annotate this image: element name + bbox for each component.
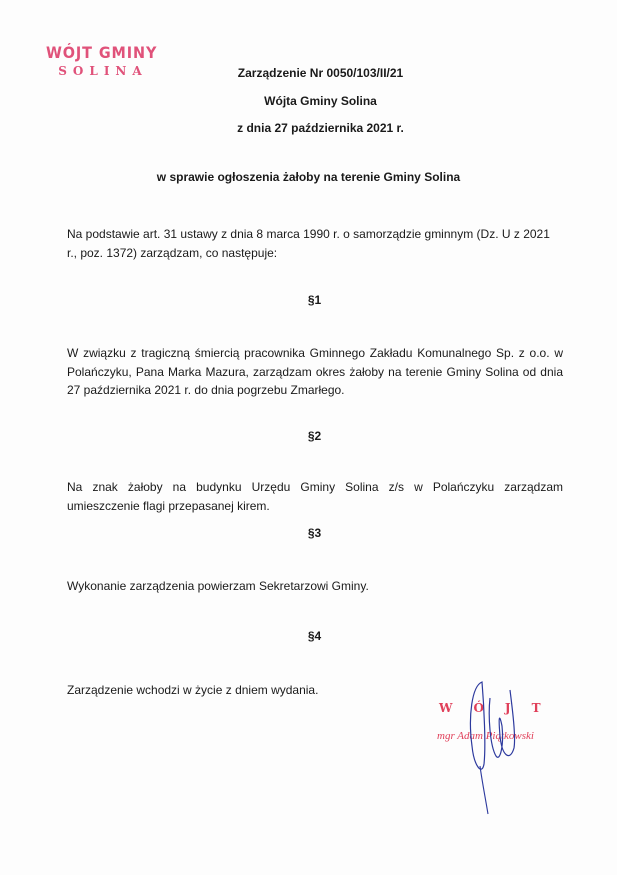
signature-stamp: WÓJT mgr Adam Piątkowski bbox=[435, 700, 565, 742]
ordinance-date: z dnia 27 października 2021 r. bbox=[12, 121, 617, 135]
document-page: WÓJT GMINY SOLINA Zarządzenie Nr 0050/10… bbox=[0, 0, 617, 875]
ordinance-number: Zarządzenie Nr 0050/103/II/21 bbox=[12, 66, 617, 80]
section-mark-1: §1 bbox=[6, 293, 617, 307]
legal-basis-paragraph: Na podstawie art. 31 ustawy z dnia 8 mar… bbox=[67, 225, 563, 262]
signature-stamp-name: mgr Adam Piątkowski bbox=[435, 730, 565, 742]
signature-stamp-title: WÓJT bbox=[435, 700, 565, 716]
section-mark-2: §2 bbox=[6, 429, 617, 443]
ordinance-issuer: Wójta Gminy Solina bbox=[12, 94, 617, 108]
section-text-1: W związku z tragiczną śmiercią pracownik… bbox=[67, 344, 563, 400]
stamp-line-title: WÓJT GMINY bbox=[46, 43, 154, 62]
section-text-4: Zarządzenie wchodzi w życie z dniem wyda… bbox=[67, 681, 563, 700]
section-mark-4: §4 bbox=[6, 629, 617, 643]
section-text-2: Na znak żałoby na budynku Urzędu Gminy S… bbox=[67, 478, 563, 515]
section-mark-3: §3 bbox=[6, 526, 617, 540]
ordinance-subject: w sprawie ogłoszenia żałoby na terenie G… bbox=[0, 170, 617, 184]
section-text-3: Wykonanie zarządzenia powierzam Sekretar… bbox=[67, 577, 563, 596]
